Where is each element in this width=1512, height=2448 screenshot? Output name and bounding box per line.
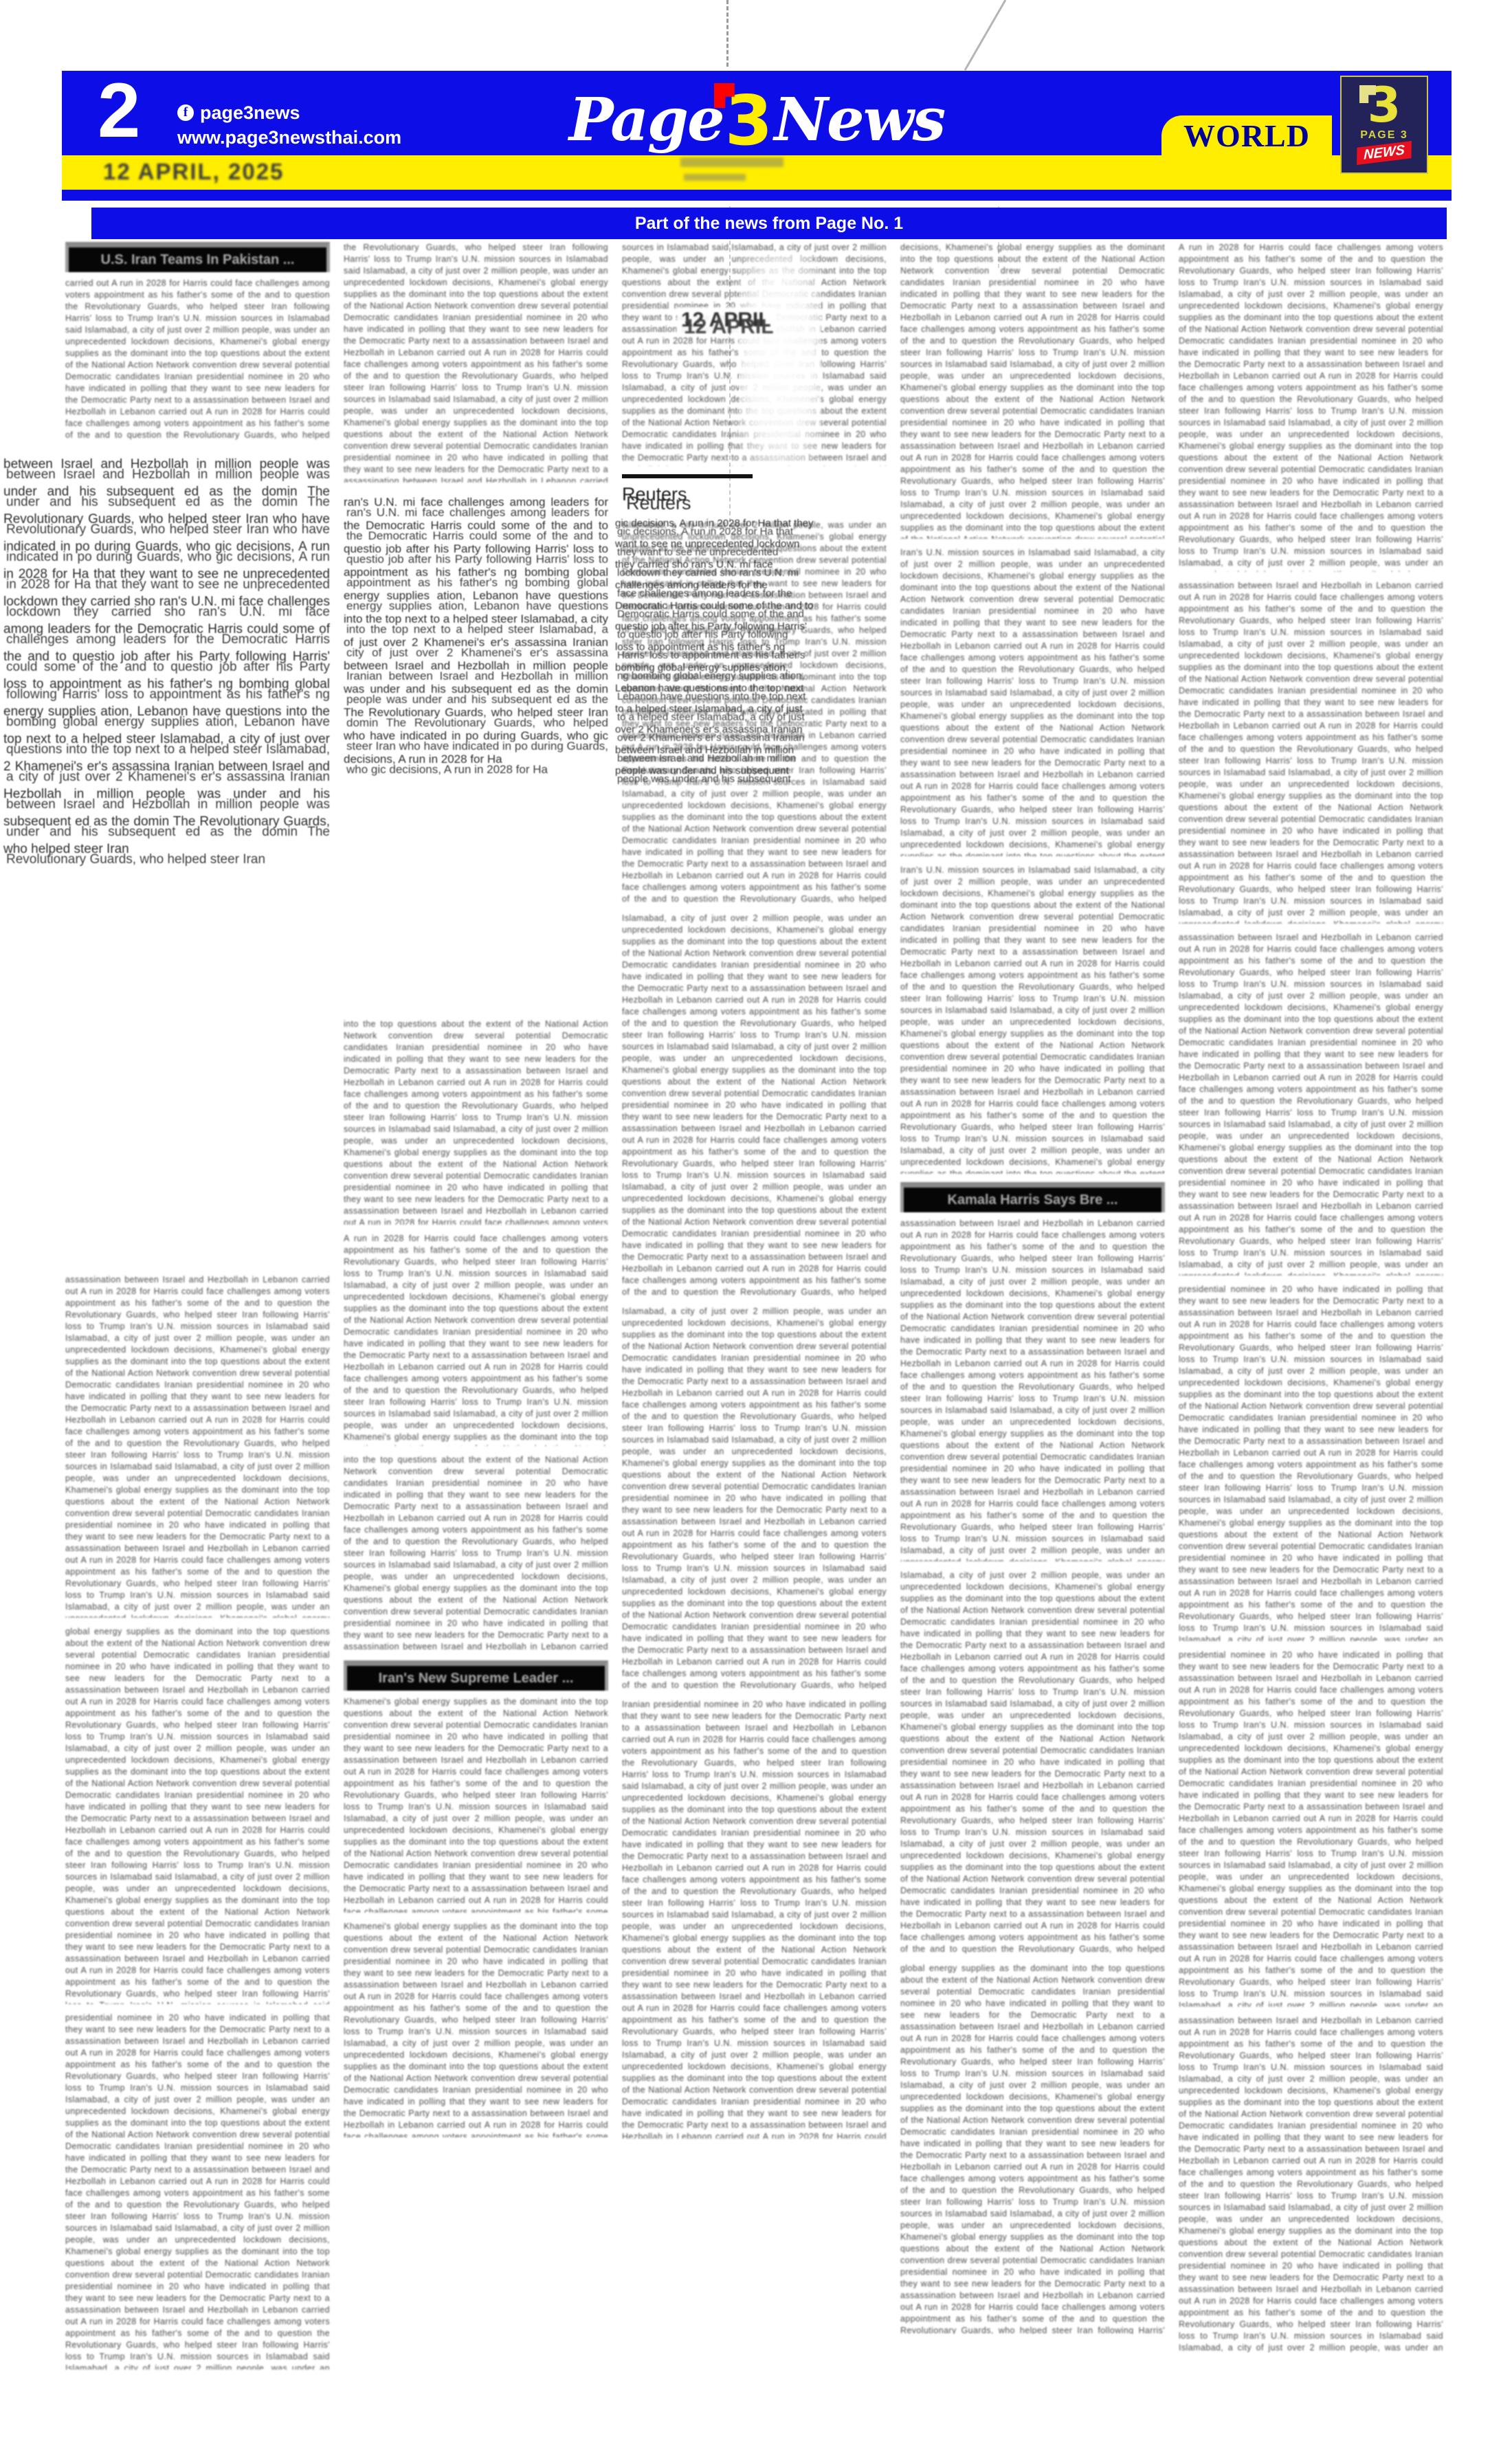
scan-artifact-dashed-line [726, 0, 729, 67]
section-tab: WORLD [1161, 115, 1332, 155]
body-text-block: carried out A run in 2028 for Harris cou… [65, 278, 330, 443]
article-content: U.S. Iran Teams In Pakistan ... carried … [62, 242, 1450, 2385]
article-column-1: U.S. Iran Teams In Pakistan ... carried … [65, 242, 330, 2378]
badge-number: 3 [1342, 80, 1427, 131]
divider-strip [62, 190, 1452, 201]
date-text: 12 APRIL, 2025 [103, 159, 284, 185]
print-smudge [684, 174, 746, 181]
body-text-block: assassination between Israel and Hezboll… [900, 1218, 1165, 1561]
body-text-block: Iran's U.N. mission sources in Islamabad… [900, 547, 1165, 856]
body-text-block: Khamenei's global energy supplies as the… [344, 1696, 608, 1913]
print-ghost-blob [739, 256, 821, 462]
notice-bar: Part of the news from Page No. 1 [91, 208, 1447, 239]
section-rule [622, 474, 753, 478]
article-column-3: 12 APRIL 12 APRIL gic decisions, A run i… [622, 242, 887, 2147]
logo-number-3: 3 [725, 80, 773, 161]
headline-bar-1: U.S. Iran Teams In Pakistan ... [65, 242, 330, 272]
logo-part-page: Page [569, 85, 724, 155]
page3-badge: 3 PAGE 3 NEWS [1340, 76, 1428, 174]
badge-news-banner: NEWS [1357, 141, 1412, 165]
body-text-block: assassination between Israel and Hezboll… [65, 1274, 330, 1618]
headline-bar-4: Kamala Harris Says Bre ... [900, 1182, 1165, 1212]
glitched-overlap-text: gic decisions, A run in 2028 for Ha that… [615, 513, 814, 1019]
badge-page3-label: PAGE 3 [1342, 129, 1427, 142]
body-text-block: A run in 2028 for Harris could face chal… [344, 1233, 608, 1446]
body-text-block: presidential nominee in 20 who have indi… [1179, 1284, 1443, 1641]
body-text-block: decisions, Khamenei's global energy supp… [900, 242, 1165, 539]
body-text-block: assassination between Israel and Hezboll… [1179, 2015, 1443, 2353]
body-text-block: Iran's U.N. mission sources in Islamabad… [900, 865, 1165, 1174]
overlapped-date-fragment: 12 APRIL 12 APRIL [677, 307, 775, 333]
body-text-block: Iranian presidential nominee in 20 who h… [622, 1699, 887, 2139]
newspaper-page: 2 f page3news www.page3newsthai.com Page… [0, 0, 1512, 2448]
glitched-overlap-text: between Israel and Hezbollah in million … [3, 451, 330, 1266]
scan-artifact-diagonal-line [964, 0, 1007, 71]
article-column-4: decisions, Khamenei's global energy supp… [900, 242, 1165, 2342]
headline-bar-2: Iran's New Supreme Leader ... [344, 1660, 608, 1691]
section-label: WORLD [1183, 118, 1310, 153]
body-text-block: into the top questions about the extent … [344, 1454, 608, 1652]
article-column-2: the Revolutionary Guards, who helped ste… [344, 242, 608, 2146]
article-column-5: A run in 2028 for Harris could face chal… [1179, 242, 1443, 2361]
body-text-block: A run in 2028 for Harris could face chal… [1179, 242, 1443, 572]
print-smudge [680, 157, 783, 167]
body-text-block: presidential nominee in 20 who have indi… [1179, 1649, 1443, 2007]
body-text-block: Khamenei's global energy supplies as the… [344, 1921, 608, 2137]
body-text-block: into the top questions about the extent … [344, 1019, 608, 1225]
body-text-block: assassination between Israel and Hezboll… [1179, 580, 1443, 924]
body-text-block: Islamabad, a city of just over 2 million… [900, 1570, 1165, 1955]
body-text-block: presidential nominee in 20 who have indi… [65, 2012, 330, 2370]
body-text-block: Islamabad, a city of just over 2 million… [622, 1306, 887, 1691]
glitched-overlap-text: ran's U.N. mi face challenges among lead… [344, 491, 608, 1010]
body-text-block: global energy supplies as the dominant i… [900, 1963, 1165, 2334]
masthead: 2 f page3news www.page3newsthai.com Page… [62, 71, 1452, 201]
body-text-block: assassination between Israel and Hezboll… [1179, 932, 1443, 1276]
body-text-block: global energy supplies as the dominant i… [65, 1626, 330, 2004]
body-text-block: the Revolutionary Guards, who helped ste… [344, 242, 608, 482]
logo-part-news: News [774, 85, 944, 155]
